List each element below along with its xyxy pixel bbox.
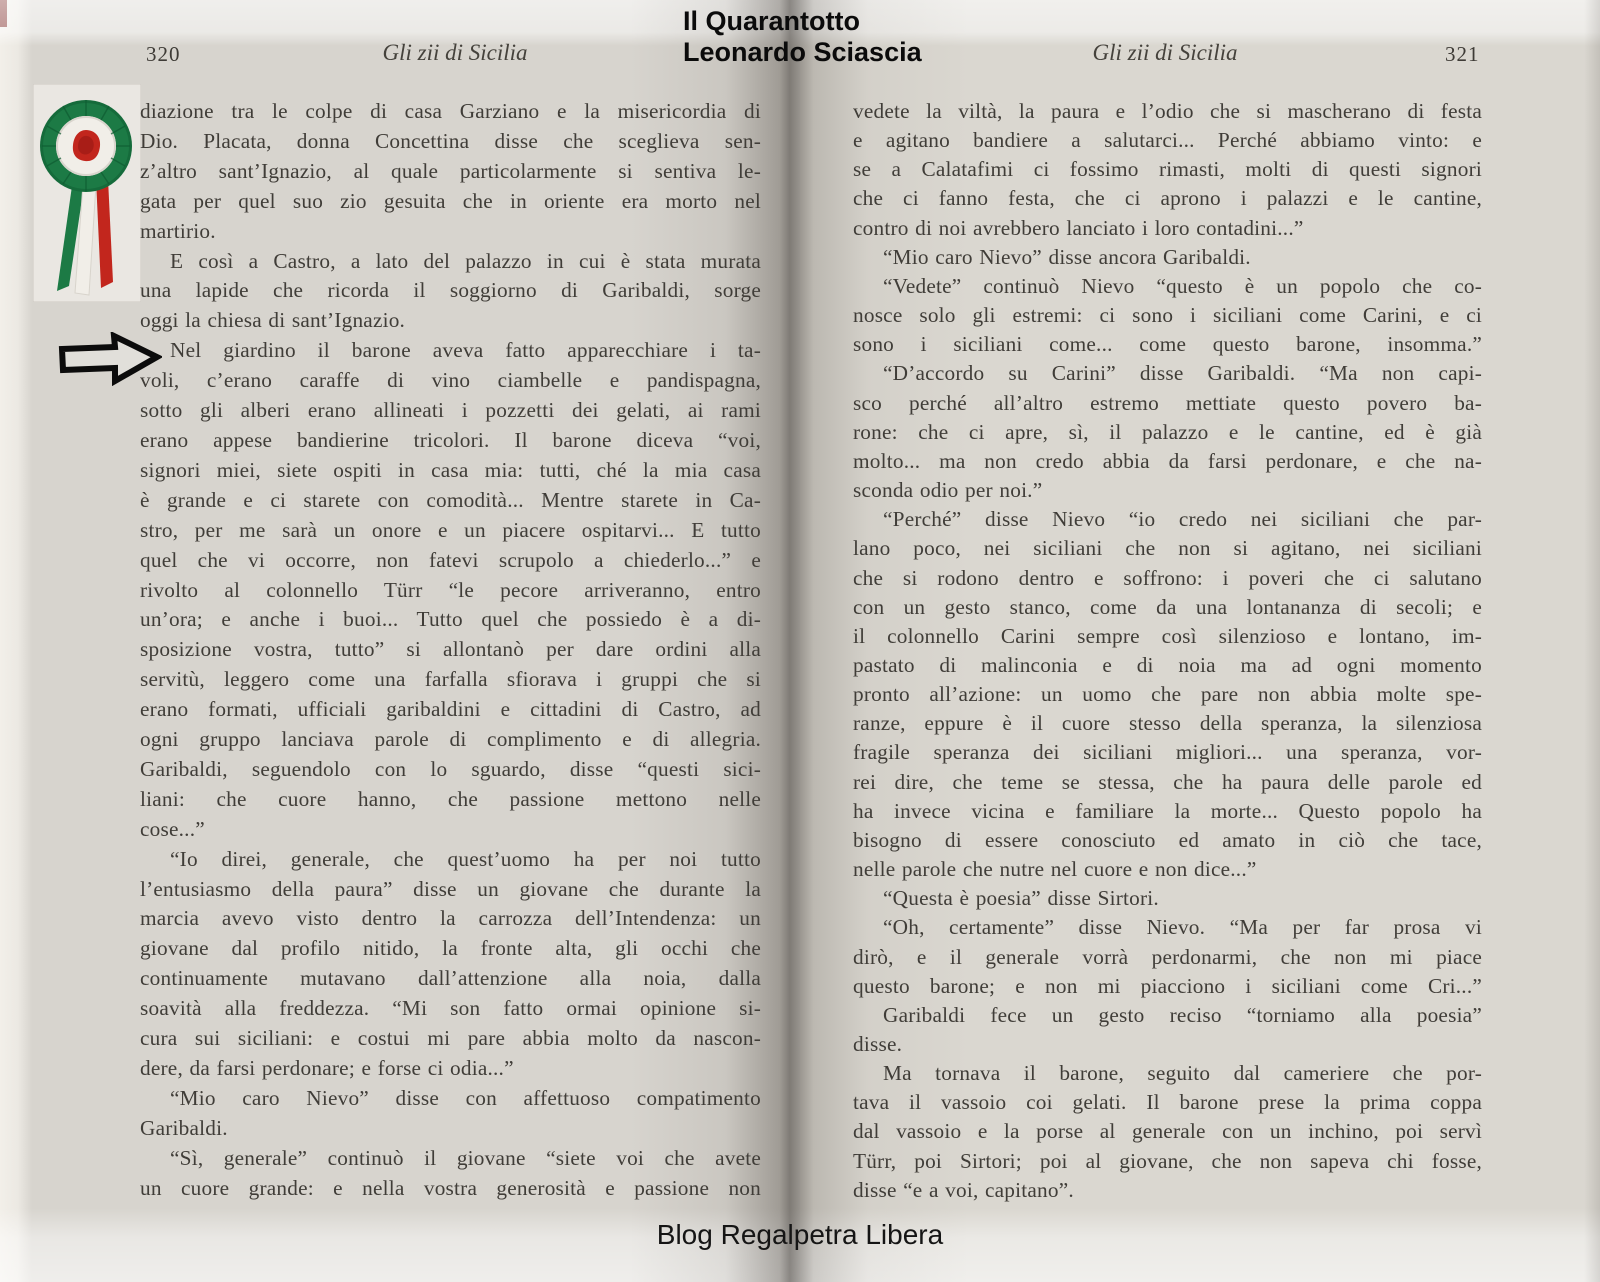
right-page-text: vedete la viltà, la paura e l’odio che s… — [853, 97, 1482, 1205]
overlay-header: Il Quarantotto Leonardo Sciascia — [683, 6, 922, 68]
text-line: bisogno di essere conosciuto ed amato in… — [853, 826, 1482, 855]
text-line: una lapide che ricorda il soggiorno di G… — [140, 276, 761, 306]
text-line: con un gesto stanco, come da una lontana… — [853, 593, 1482, 622]
footer-caption: Blog Regalpetra Libera — [0, 1219, 1600, 1251]
text-line: “Mio caro Nievo” disse con affettuoso co… — [140, 1084, 761, 1114]
text-line: “Perché” disse Nievo “io credo nei sicil… — [853, 505, 1482, 534]
text-line: che ci fanno festa, che ci aprono i pala… — [853, 184, 1482, 213]
text-line: erano appese bandierine tricolori. Il ba… — [140, 426, 761, 456]
text-line: marcia avevo visto dentro la carrozza de… — [140, 904, 761, 934]
right-page-number: 321 — [1445, 42, 1480, 67]
text-line: fragile speranza dei siciliani migliori.… — [853, 738, 1482, 767]
text-line: ogni gruppo lanciava parole di complimen… — [140, 725, 761, 755]
overlay-title-line2: Leonardo Sciascia — [683, 37, 922, 68]
text-line: Nel giardino il barone aveva fatto appar… — [140, 336, 761, 366]
text-line: nelle parole che nutre nel cuore e non d… — [853, 855, 1482, 884]
text-line: “D’accordo su Carini” disse Garibaldi. “… — [853, 359, 1482, 388]
cockade-photo — [33, 84, 141, 302]
text-line: ha invece vicina e familiare la morte...… — [853, 797, 1482, 826]
text-line: dal vassoio e la porse al generale con u… — [853, 1117, 1482, 1146]
text-line: oggi la chiesa di sant’Ignazio. — [140, 306, 761, 336]
text-line: lano poco, nei siciliani che non si agit… — [853, 534, 1482, 563]
text-line: il colonnello Carini sempre così silenzi… — [853, 622, 1482, 651]
text-line: Ma tornava il barone, seguito dal cameri… — [853, 1059, 1482, 1088]
text-line: voli, c’erano caraffe di vino ciambelle … — [140, 366, 761, 396]
overlay-title-line1: Il Quarantotto — [683, 6, 922, 37]
text-line: signori miei, siete ospiti in casa mia: … — [140, 456, 761, 486]
text-line: contro di noi avrebbero lanciato i loro … — [853, 214, 1482, 243]
text-line: dere, da farsi perdonare; e forse ci odi… — [140, 1054, 761, 1084]
text-line: questo barone; e non mi piacciono i sici… — [853, 972, 1482, 1001]
text-line: tava il vassoio coi gelati. Il barone pr… — [853, 1088, 1482, 1117]
text-line: “Sì, generale” continuò il giovane “siet… — [140, 1144, 761, 1174]
text-line: rone: che ci apre, sì, il palazzo e le c… — [853, 418, 1482, 447]
text-line: sotto gli alberi erano allineati i pozze… — [140, 396, 761, 426]
text-line: gata per quel suo zio gesuita che in ori… — [140, 187, 761, 217]
text-line: ranze, eppure è il cuore stesso della sp… — [853, 709, 1482, 738]
text-line: disse. — [853, 1030, 1482, 1059]
left-running-title: Gli zii di Sicilia — [305, 40, 605, 66]
text-line: rivolto al colonnello Türr “le pecore ar… — [140, 576, 761, 606]
text-line: disse “e a voi, capitano”. — [853, 1176, 1482, 1205]
text-line: soavità alla freddezza. “Mi son fatto or… — [140, 994, 761, 1024]
text-line: Dio. Placata, donna Concettina disse che… — [140, 127, 761, 157]
text-line: sco perché all’altro estremo mettiate qu… — [853, 389, 1482, 418]
text-line: un cuore grande: e nella vostra generosi… — [140, 1174, 761, 1204]
page-right-edge — [1584, 0, 1600, 1282]
text-line: molto... ma non credo abbia da farsi per… — [853, 447, 1482, 476]
text-line: l’entusiasmo della paura” disse un giova… — [140, 875, 761, 905]
text-line: e agitano bandiere a salutarci... Perché… — [853, 126, 1482, 155]
text-line: giovane dal profilo nitido, la fronte al… — [140, 934, 761, 964]
text-line: stro, per me sarà un onore e un piacere … — [140, 516, 761, 546]
left-page-text: diazione tra le colpe di casa Garziano e… — [140, 97, 761, 1204]
text-line: sposizione vostra, tutto” si allontanò p… — [140, 635, 761, 665]
page-left-edge — [0, 0, 32, 1282]
scan-edge-artifact — [0, 0, 7, 27]
book-scan-spread: Il Quarantotto Leonardo Sciascia 320 Gli… — [0, 0, 1600, 1282]
text-line: dirò, e il generale vorrà perdonarmi, ch… — [853, 943, 1482, 972]
text-line: diazione tra le colpe di casa Garziano e… — [140, 97, 761, 127]
text-line: vedete la viltà, la paura e l’odio che s… — [853, 97, 1482, 126]
text-line: cose...” — [140, 815, 761, 845]
text-line: che si rodono dentro e soffrono: i pover… — [853, 564, 1482, 593]
text-line: continuamente mutavano dall’attenzione a… — [140, 964, 761, 994]
text-line: Garibaldi. — [140, 1114, 761, 1144]
italian-cockade-icon — [33, 84, 141, 302]
text-line: se a Calatafimi ci fossimo rimasti, molt… — [853, 155, 1482, 184]
text-line: Türr, poi Sirtori; poi al giovane, che n… — [853, 1147, 1482, 1176]
text-line: “Vedete” continuò Nievo “questo è un pop… — [853, 272, 1482, 301]
right-running-title: Gli zii di Sicilia — [1010, 40, 1320, 66]
text-line: z’altro sant’Ignazio, al quale particola… — [140, 157, 761, 187]
text-line: rei dire, che teme se stessa, che ha pau… — [853, 768, 1482, 797]
text-line: “Mio caro Nievo” disse ancora Garibaldi. — [853, 243, 1482, 272]
text-line: servitù, leggero come una farfalla sfior… — [140, 665, 761, 695]
text-line: sconda odio per noi.” — [853, 476, 1482, 505]
text-line: liani: che cuore hanno, che passione met… — [140, 785, 761, 815]
text-line: “Questa è poesia” disse Sirtori. — [853, 884, 1482, 913]
text-line: cura sui siciliani: e costui mi pare abb… — [140, 1024, 761, 1054]
text-line: E così a Castro, a lato del palazzo in c… — [140, 247, 761, 277]
text-line: “Oh, certamente” disse Nievo. “Ma per fa… — [853, 913, 1482, 942]
text-line: Garibaldi, seguendolo con lo sguardo, di… — [140, 755, 761, 785]
text-line: pronto all’azione: un uomo che pare non … — [853, 680, 1482, 709]
left-page-number: 320 — [146, 42, 181, 67]
text-line: è grande e ci starete con comodità... Me… — [140, 486, 761, 516]
text-line: quel che vi occorre, non fatevi scrupolo… — [140, 546, 761, 576]
text-line: Garibaldi fece un gesto reciso “torniamo… — [853, 1001, 1482, 1030]
text-line: pastato di malinconia e di noia ma ad og… — [853, 651, 1482, 680]
text-line: sono i siciliani come... come questo bar… — [853, 330, 1482, 359]
text-line: martirio. — [140, 217, 761, 247]
text-line: erano formati, ufficiali garibaldini e c… — [140, 695, 761, 725]
text-line: un’ora; e anche i buoi... Tutto quel che… — [140, 605, 761, 635]
text-line: “Io direi, generale, che quest’uomo ha p… — [140, 845, 761, 875]
text-line: nosce solo gli estremi: ci sono i sicili… — [853, 301, 1482, 330]
